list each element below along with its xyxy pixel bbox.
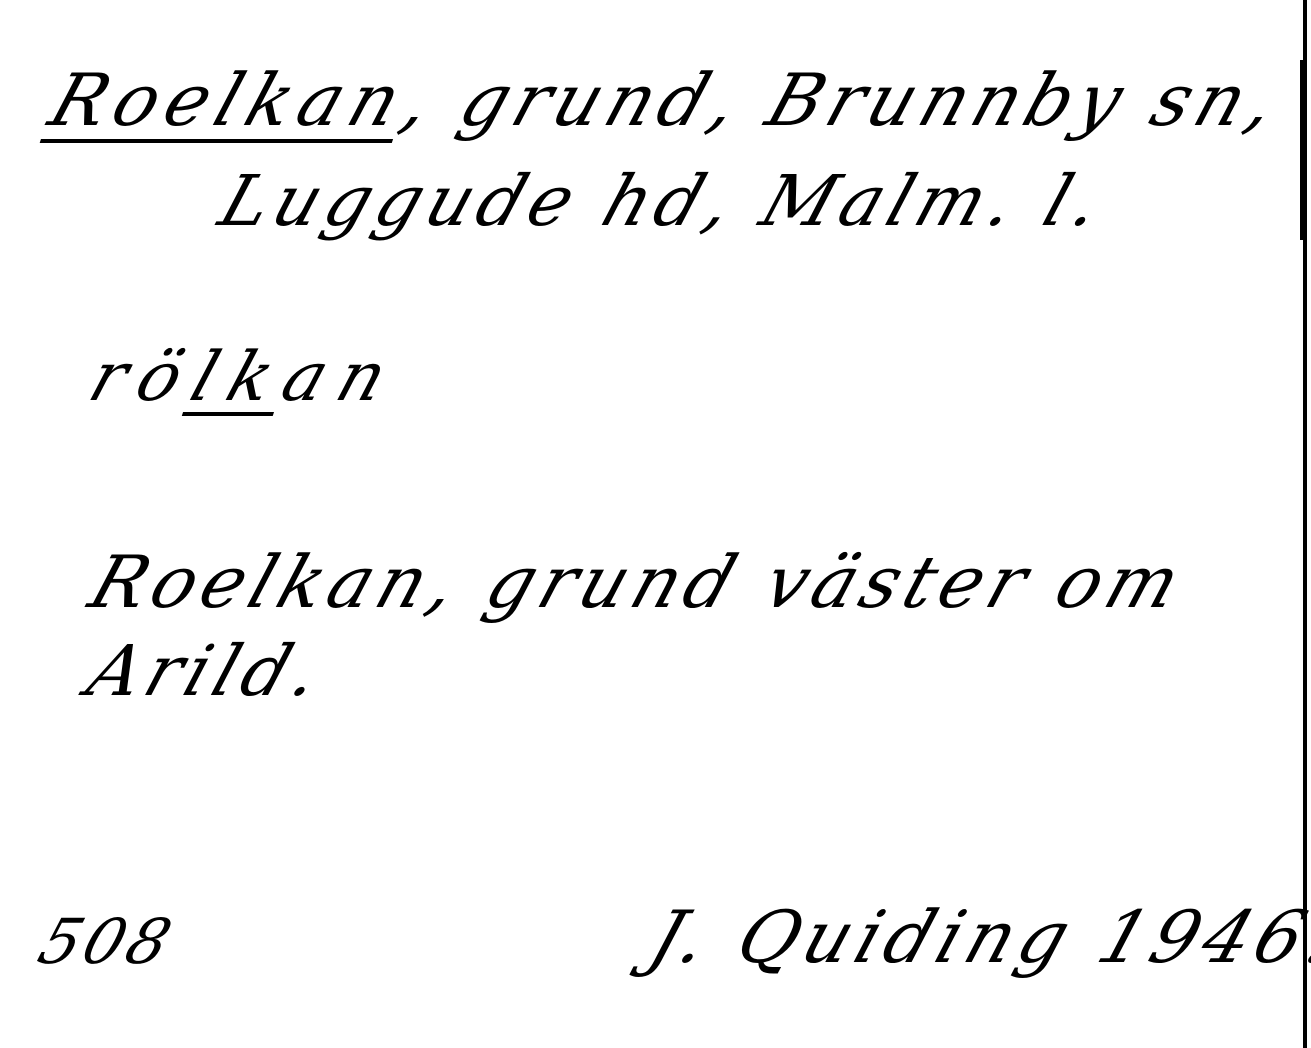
description-line-2: Arild.: [78, 630, 337, 712]
scan-edge-mark: [1300, 60, 1303, 240]
headword: Roelkan: [40, 58, 419, 142]
pronunciation-suffix: an: [272, 338, 410, 417]
card-number: 508: [30, 905, 184, 978]
collector-signature: J. Quiding 1946.: [640, 895, 1311, 979]
entry-line-1: Roelkan, grund, Brunnby sn,: [40, 58, 1293, 142]
entry-line-2: Luggude hd, Malm. l.: [210, 160, 1117, 242]
pronunciation: rölkan: [80, 338, 410, 417]
entry-line-1-rest: , grund, Brunnby sn,: [392, 58, 1292, 142]
scan-edge-border: [1303, 0, 1307, 1048]
description-line-1: Roelkan, grund väster om: [80, 540, 1196, 624]
place-name-card: Roelkan, grund, Brunnby sn, Luggude hd, …: [0, 0, 1311, 1048]
